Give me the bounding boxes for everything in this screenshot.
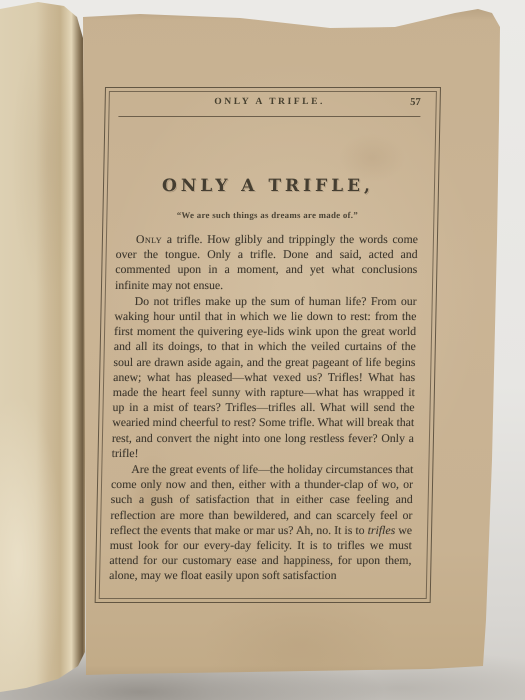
chapter-title: ONLY A TRIFLE, <box>117 176 419 196</box>
paragraph: Are the great events of life—the holiday… <box>109 462 413 584</box>
header-row: ONLY A TRIFLE. 57 <box>119 97 421 111</box>
running-header: ONLY A TRIFLE. <box>119 97 421 107</box>
paragraph: Do not trifles make up the sum of human … <box>111 294 416 461</box>
page-content: ONLY A TRIFLE. 57 ONLY A TRIFLE, “We are… <box>109 88 421 585</box>
paragraph: Only a trifle. How glibly and trippingly… <box>115 232 418 293</box>
photo-background: ONLY A TRIFLE. 57 ONLY A TRIFLE, “We are… <box>0 0 525 700</box>
header-rule <box>118 116 420 117</box>
body-text: Only a trifle. How glibly and trippingly… <box>109 232 418 584</box>
page-border-frame: ONLY A TRIFLE. 57 ONLY A TRIFLE, “We are… <box>95 87 441 603</box>
page-number: 57 <box>410 97 421 108</box>
epigraph: “We are such things as dreams are made o… <box>116 210 418 220</box>
verso-page-edge <box>0 0 86 694</box>
